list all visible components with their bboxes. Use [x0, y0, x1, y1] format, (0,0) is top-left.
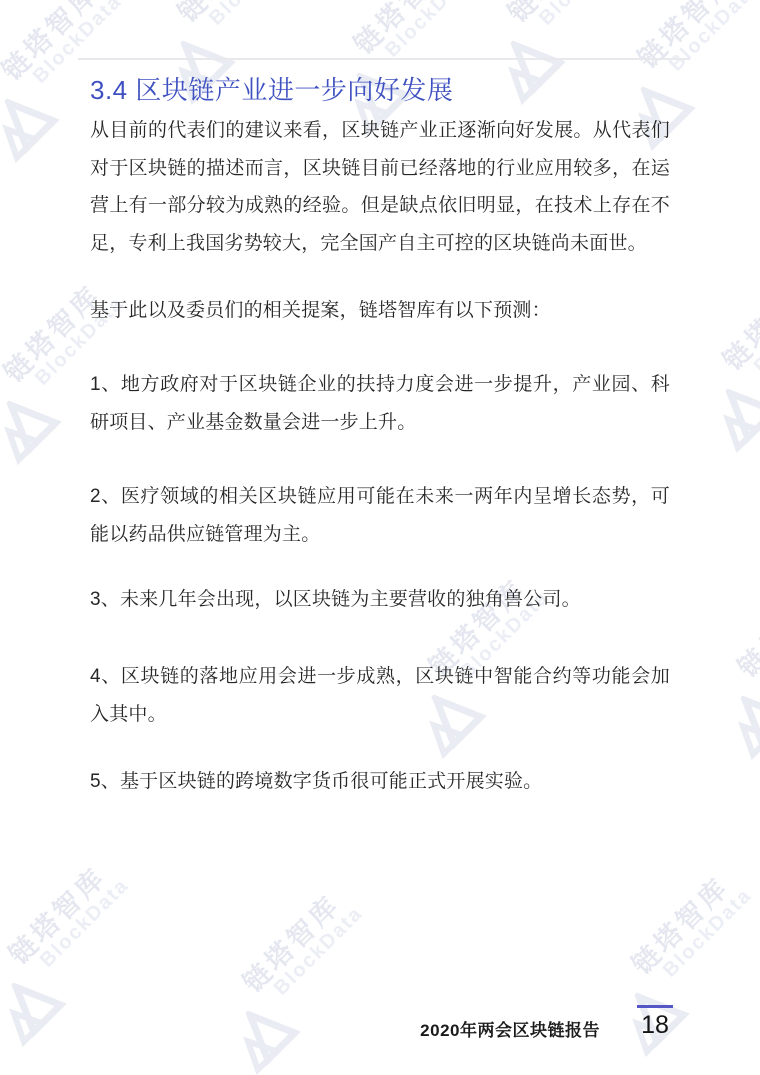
page-number-rule [637, 1005, 673, 1008]
footer-report-title: 2020年两会区块链报告 [90, 1016, 600, 1041]
document-page: 链塔智库 BlockData 链塔智库 BlockData 链塔智库 Block… [0, 0, 760, 1075]
intro-paragraph: 从目前的代表们的建议来看，区块链产业正逐渐向好发展。从代表们对于区块链的描述而言… [90, 112, 670, 262]
page-content: 3.4 区块链产业进一步向好发展 从目前的代表们的建议来看，区块链产业正逐渐向好… [0, 0, 760, 1075]
prediction-item-2: 2、医疗领域的相关区块链应用可能在未来一两年内呈增长态势，可能以药品供应链管理为… [90, 478, 670, 553]
page-number: 18 [636, 1010, 674, 1040]
header-rule [78, 58, 690, 60]
prediction-item-4: 4、区块链的落地应用会进一步成熟，区块链中智能合约等功能会加入其中。 [90, 658, 670, 733]
prediction-item-1: 1、地方政府对于区块链企业的扶持力度会进一步提升，产业园、科研项目、产业基金数量… [90, 366, 670, 441]
prediction-item-5: 5、基于区块链的跨境数字货币很可能正式开展实验。 [90, 763, 670, 801]
page-number-block: 18 [636, 1005, 674, 1040]
predictions-lead: 基于此以及委员们的相关提案，链塔智库有以下预测： [90, 292, 670, 330]
section-title: 3.4 区块链产业进一步向好发展 [90, 74, 453, 106]
prediction-item-3: 3、未来几年会出现，以区块链为主要营收的独角兽公司。 [90, 581, 670, 619]
